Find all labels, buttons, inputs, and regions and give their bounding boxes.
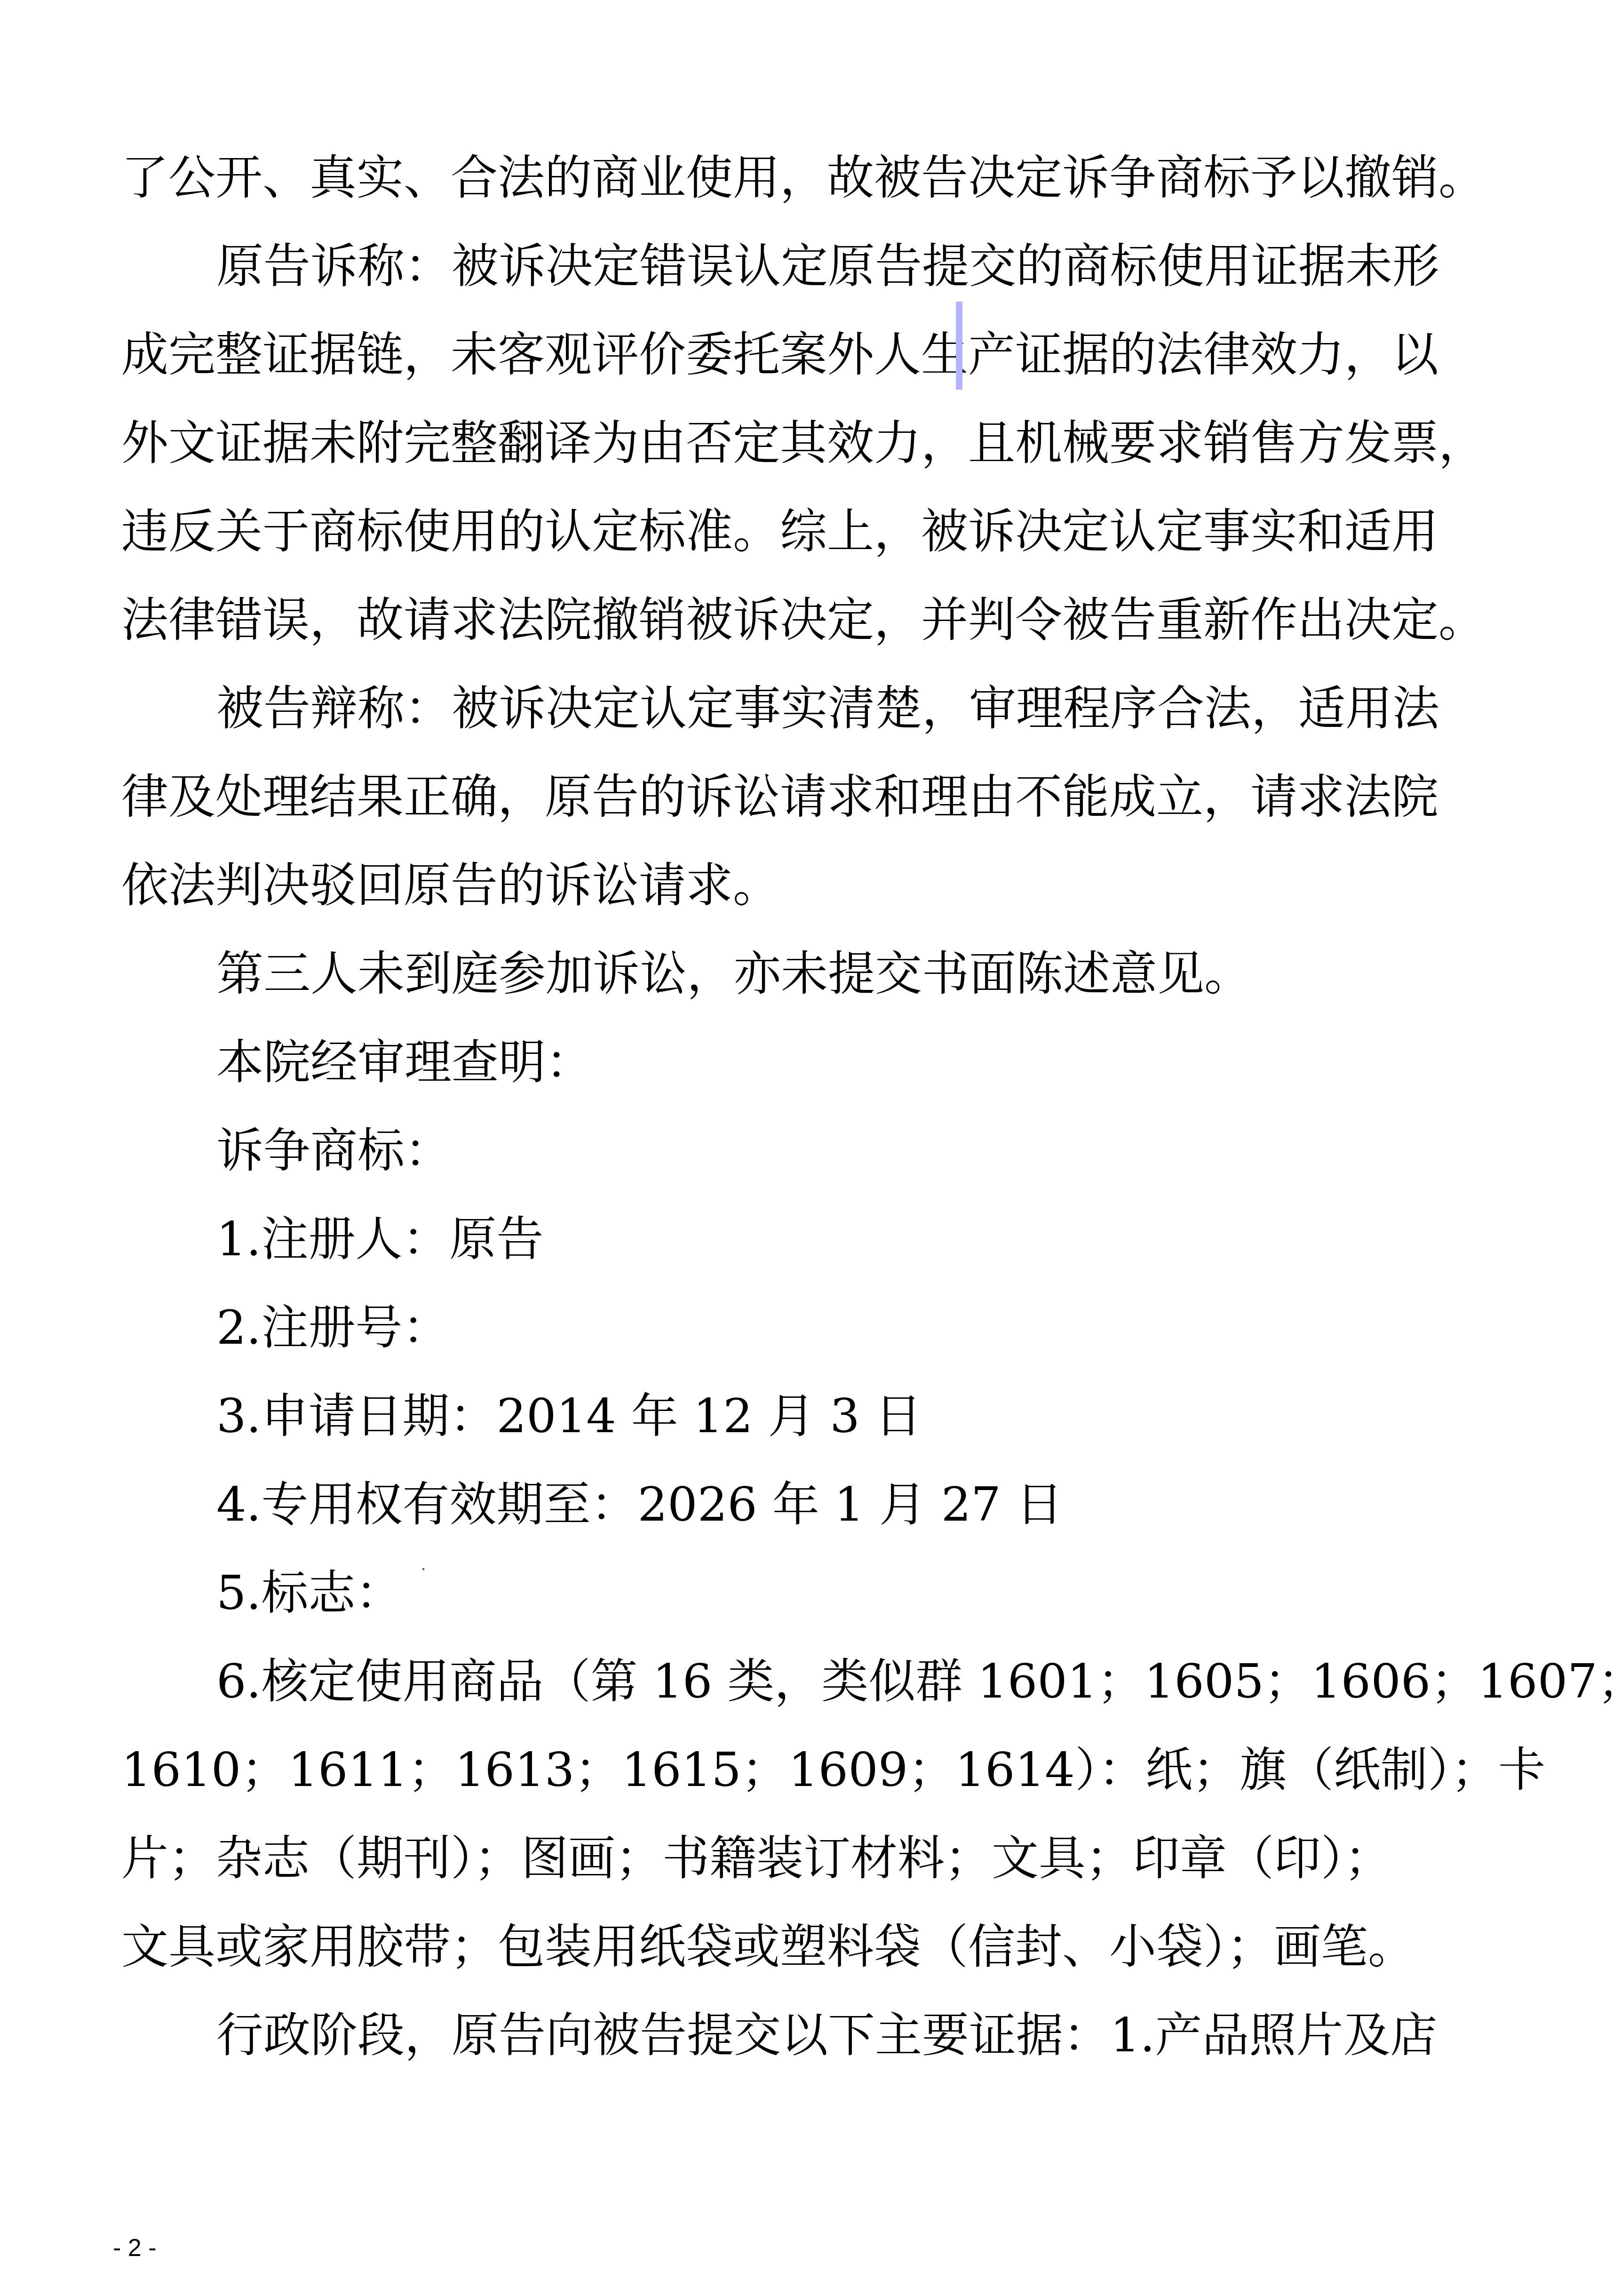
text-line-11-findings-heading: 本院经审理查明： [216, 1034, 593, 1091]
text-cursor [956, 302, 962, 390]
document-page[interactable]: 了公开、真实、合法的商业使用，故被告决定诉争商标予以撤销。 原告诉称：被诉决定错… [0, 0, 1621, 2296]
list-item-registration-number: 2.注册号： [216, 1299, 449, 1356]
text-line-2-plaintiff-claim: 原告诉称：被诉决定错误认定原告提交的商标使用证据未形 [216, 238, 1439, 295]
text-line-goods-2: 1610；1611；1613；1615；1609；1614）：纸；旗（纸制）；卡 [121, 1742, 1545, 1798]
list-item-registrant: 1.注册人：原告 [216, 1211, 543, 1268]
text-line-4: 外文证据未附完整翻译为由否定其效力，且机械要求销售方发票， [121, 415, 1486, 471]
list-item-goods: 6.核定使用商品（第 16 类，类似群 1601；1605；1606；1607； [216, 1653, 1621, 1710]
list-item-valid-until: 4.专用权有效期至：2026 年 1 月 27 日 [216, 1476, 1063, 1533]
text-line-6: 法律错误，故请求法院撤销被诉决定，并判令被告重新作出决定。 [121, 592, 1486, 648]
text-line-1: 了公开、真实、合法的商业使用，故被告决定诉争商标予以撤销。 [121, 150, 1486, 206]
text-line-5: 违反关于商标使用的认定标准。综上，被诉决定认定事实和适用 [121, 503, 1438, 560]
text-line-12-trademark-heading: 诉争商标： [216, 1123, 452, 1179]
text-line-administrative-evidence: 行政阶段，原告向被告提交以下主要证据：1.产品照片及店 [216, 2007, 1437, 2064]
text-line-9: 依法判决驳回原告的诉讼请求。 [121, 857, 780, 914]
list-item-application-date: 3.申请日期：2014 年 12 月 3 日 [216, 1388, 922, 1444]
text-line-goods-4: 文具或家用胶带；包装用纸袋或塑料袋（信封、小袋）；画笔。 [121, 1919, 1415, 1975]
text-line-8: 律及处理结果正确，原告的诉讼请求和理由不能成立，请求法院 [121, 769, 1438, 825]
text-line-10-third-party: 第三人未到庭参加诉讼，亦未提交书面陈述意见。 [216, 946, 1251, 1002]
page-number: - 2 - [113, 2234, 156, 2262]
text-line-goods-3: 片；杂志（期刊）；图画；书籍装订材料；文具；印章（印）； [121, 1830, 1391, 1887]
text-line-7-defendant-argument: 被告辩称：被诉决定认定事实清楚，审理程序合法，适用法 [216, 680, 1439, 737]
text-line-3: 成完整证据链，未客观评价委托案外人生产证据的法律效力，以 [121, 327, 1438, 383]
mark-image-placeholder [422, 1568, 424, 1570]
list-item-mark: 5.标志： [216, 1565, 402, 1621]
